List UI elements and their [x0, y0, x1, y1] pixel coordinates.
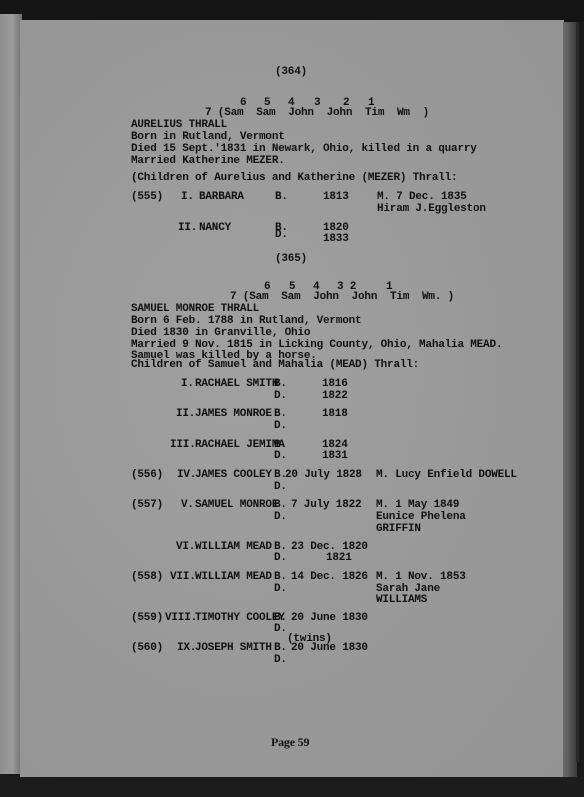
- birth-date: 1818: [322, 408, 348, 421]
- children-heading-365: Children of Samuel and Mahalia (MEAD) Th…: [131, 359, 419, 372]
- scan-bottom-border: [0, 777, 584, 797]
- death-label: D.: [274, 390, 287, 403]
- child-numeral: IX.: [177, 642, 196, 655]
- child-name: SAMUEL MONROE: [195, 499, 278, 512]
- death-label: D.: [274, 420, 287, 433]
- death-label: D.: [274, 654, 287, 667]
- death-label: D.: [274, 450, 287, 463]
- child-numeral: III.: [170, 439, 196, 452]
- marriage-line: GRIFFIN: [376, 523, 421, 536]
- children-heading-364: (Children of Aurelius and Katherine (MEZ…: [131, 172, 457, 185]
- birth-date: 20 June 1830: [291, 612, 368, 625]
- marriage-line: WILLIAMS: [376, 594, 427, 607]
- child-name: JAMES COOLEY: [195, 469, 272, 482]
- death-date: 1833: [323, 233, 349, 246]
- child-numeral: VIII.: [165, 612, 197, 625]
- child-name: JOSEPH SMITH: [195, 642, 272, 655]
- birth-date: 20 June 1830: [291, 642, 368, 655]
- death-label: D.: [274, 481, 287, 494]
- birth-date: 20 July 1828: [285, 469, 362, 482]
- child-numeral: II.: [178, 222, 197, 235]
- section-number-364: (364): [275, 66, 307, 79]
- document-page: [20, 20, 564, 780]
- child-ref: (555): [131, 191, 163, 204]
- death-date: 1831: [322, 450, 348, 463]
- child-ref: (560): [131, 642, 163, 655]
- death-label: D.: [274, 623, 287, 636]
- child-name: RACHAEL JEMIMA: [195, 439, 285, 452]
- marriage-line: Hiram J.Eggleston: [377, 203, 486, 216]
- page-stack-edge: [563, 22, 577, 777]
- lineage-365: 7 (Sam Sam John John Tim Wm. ): [230, 291, 454, 304]
- death-label: D.: [274, 511, 287, 524]
- child-ref: (559): [131, 612, 163, 625]
- marriage-line: M. Lucy Enfield DOWELL: [376, 469, 517, 482]
- child-numeral: IV.: [177, 469, 196, 482]
- child-name: JAMES MONROE: [195, 408, 272, 421]
- previous-page-fold: [0, 14, 22, 774]
- detail-line: Married Katherine MEZER.: [131, 155, 285, 168]
- birth-date: 7 July 1822: [291, 499, 361, 512]
- child-numeral: II.: [176, 408, 195, 421]
- child-ref: (556): [131, 469, 163, 482]
- child-ref: (557): [131, 499, 163, 512]
- death-label: D.: [274, 552, 287, 565]
- child-numeral: V.: [181, 499, 194, 512]
- birth-date: 14 Dec. 1826: [291, 571, 368, 584]
- birth-label: B.: [275, 191, 288, 204]
- section-number-365: (365): [275, 253, 307, 266]
- death-date: 1821: [326, 552, 352, 565]
- child-name: WILLIAM MEAD: [195, 571, 272, 584]
- child-name: BARBARA: [199, 191, 244, 204]
- child-numeral: I.: [181, 378, 194, 391]
- page-stack-shadow: [576, 22, 579, 762]
- death-label: D.: [275, 229, 288, 242]
- child-numeral: VII.: [170, 571, 196, 584]
- child-name: WILLIAM MEAD: [195, 541, 272, 554]
- child-name: RACHAEL SMITH: [195, 378, 278, 391]
- lineage-364: 7 (Sam Sam John John Tim Wm ): [205, 107, 429, 120]
- child-name: TIMOTHY COOLEY: [195, 612, 285, 625]
- child-name: NANCY: [199, 222, 231, 235]
- birth-date: 1813: [323, 191, 349, 204]
- page-footer-number: Page 59: [271, 736, 309, 749]
- scan-top-border: [0, 0, 584, 22]
- child-numeral: VI.: [176, 541, 195, 554]
- death-date: 1822: [322, 390, 348, 403]
- child-numeral: I.: [181, 191, 194, 204]
- child-ref: (558): [131, 571, 163, 584]
- death-label: D.: [274, 583, 287, 596]
